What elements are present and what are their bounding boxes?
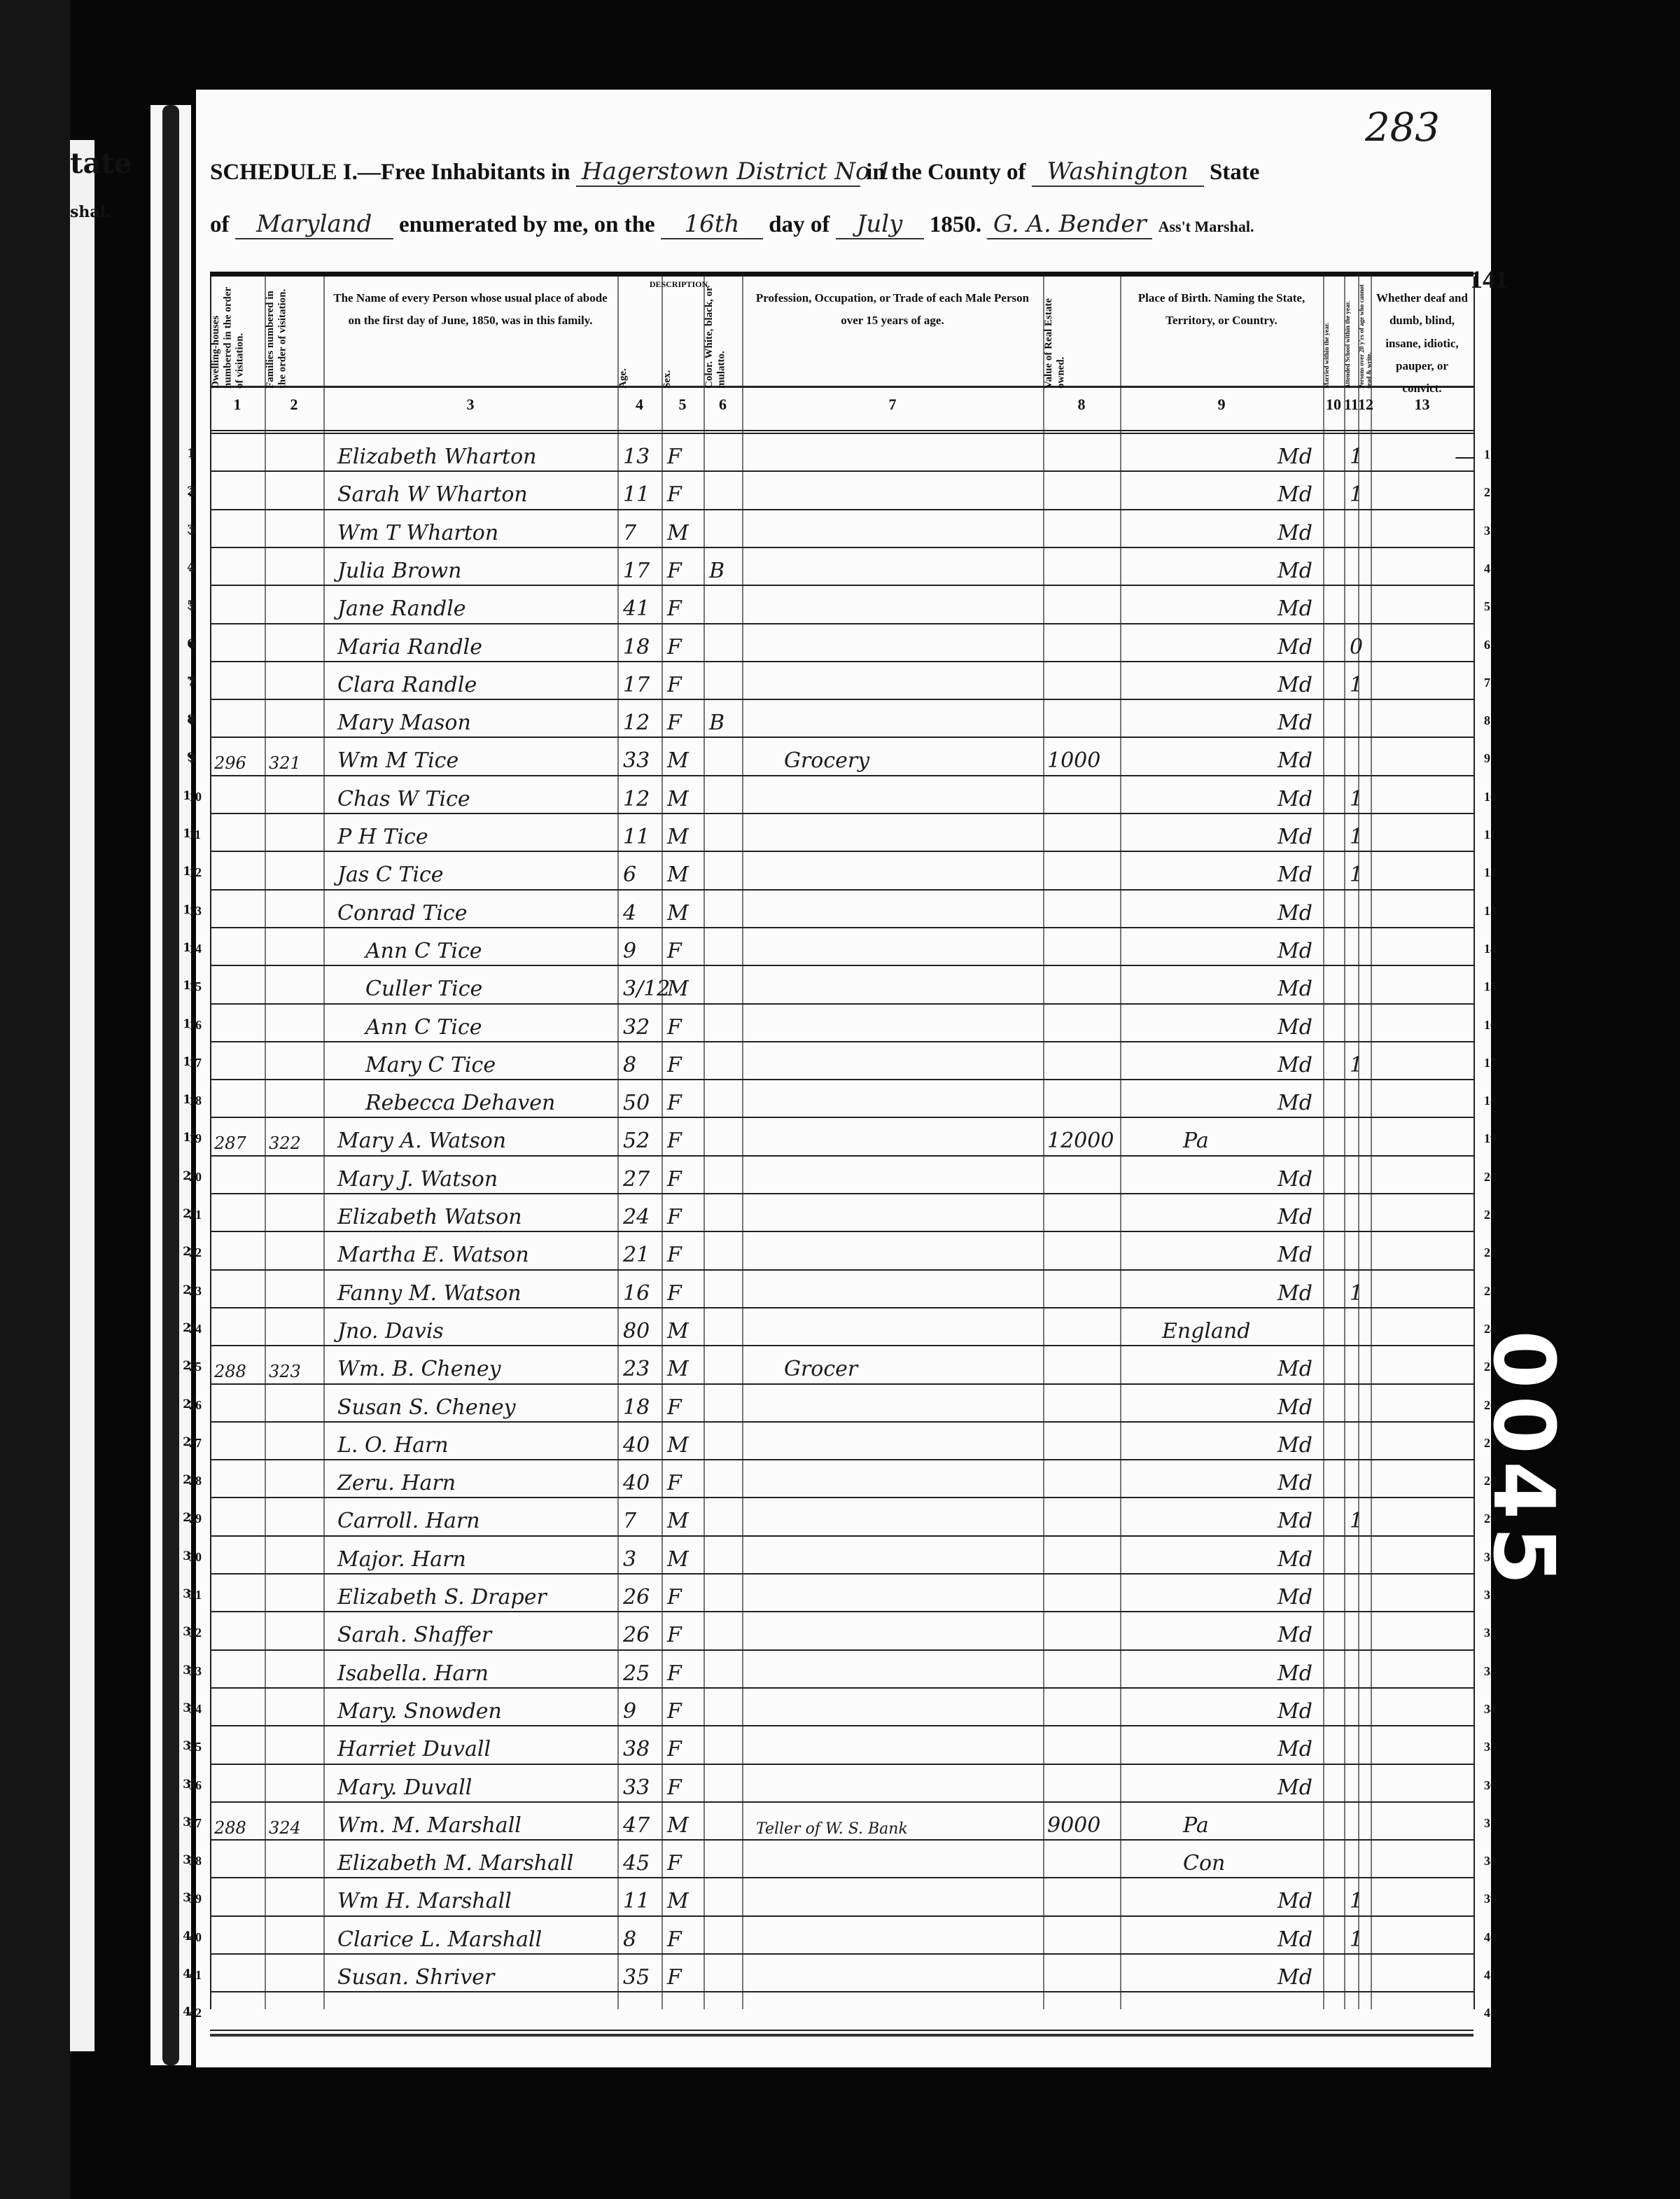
cell-birthplace: Md <box>1277 1205 1312 1229</box>
cell-age: 26 <box>623 1623 650 1647</box>
cell-name: Mary Mason <box>337 711 471 735</box>
cell-sex: M <box>667 521 689 545</box>
table-row: Clarice L. Marshall8FMd14040 <box>210 1917 1473 1955</box>
cell-age: 11 <box>623 482 650 507</box>
line-number-right: 35 <box>1484 1740 1497 1754</box>
table-row: Jane Randle41FMd55 <box>210 586 1473 624</box>
line-number-right: 33 <box>1484 1664 1497 1679</box>
cell-name: Mary A. Watson <box>337 1129 506 1153</box>
cell-birthplace: Md <box>1277 1927 1312 1952</box>
line-number-right: 41 <box>1484 1968 1497 1983</box>
cell-name: Major. Harn <box>337 1547 466 1572</box>
line-number-left: 28 <box>189 1474 202 1488</box>
cell-school: 1 <box>1350 445 1363 469</box>
line-number-left: 21 <box>189 1208 202 1222</box>
page-fold <box>162 105 179 2065</box>
cell-occupation: Grocer <box>784 1357 857 1381</box>
cell-school: 1 <box>1350 863 1363 887</box>
cell-sex: F <box>667 1585 682 1610</box>
line-number-left: 35 <box>189 1740 202 1754</box>
cell-name: Isabella. Harn <box>337 1661 489 1686</box>
cell-birthplace: Md <box>1277 521 1312 545</box>
cell-age: 7 <box>623 521 636 545</box>
cell-birthplace: Md <box>1277 1357 1312 1381</box>
line-number-right: 7 <box>1484 676 1490 690</box>
cell-birthplace: Md <box>1277 825 1312 849</box>
table-row: P H Tice11MMd11111 <box>210 814 1473 852</box>
cell-age: 21 <box>623 1243 650 1267</box>
column-number-2: 2 <box>265 396 323 414</box>
line-number-right: 1 <box>1484 447 1490 462</box>
cell-age: 45 <box>623 1851 650 1876</box>
cell-sex: F <box>667 1699 682 1724</box>
cell-family: 321 <box>269 753 301 773</box>
line-number-right: 2 <box>1484 485 1490 500</box>
cell-dwelling: 288 <box>214 1362 246 1381</box>
cell-name: P H Tice <box>337 825 428 849</box>
column-header-7: Profession, Occupation, or Trade of each… <box>742 287 1037 333</box>
cell-sex: M <box>667 787 689 811</box>
line-number-right: 21 <box>1484 1208 1497 1222</box>
line-number-right: 12 <box>1484 865 1497 880</box>
table-row: 296321Wm M Tice33MGrocery1000Md99 <box>210 738 1473 776</box>
column-header-8: Value of Real Estate owned. <box>1043 284 1067 389</box>
cell-sex: F <box>667 711 682 735</box>
cell-sex: F <box>667 1623 682 1647</box>
table-row: 287322Mary A. Watson52F12000Pa1919 <box>210 1118 1473 1156</box>
cell-school: 1 <box>1350 1509 1363 1533</box>
cell-name: Wm H. Marshall <box>337 1889 512 1913</box>
cell-birthplace: Md <box>1277 673 1312 697</box>
table-row: Conrad Tice4MMd1313 <box>210 891 1473 928</box>
cell-birthplace: Md <box>1277 635 1312 659</box>
line-number-left: 19 <box>189 1131 202 1146</box>
marshal-label: Ass't Marshal. <box>1158 218 1254 235</box>
cell-name: Zeru. Harn <box>337 1471 456 1495</box>
line-number-left: 12 <box>189 865 202 880</box>
cell-age: 17 <box>623 673 650 697</box>
cell-sex: F <box>667 635 682 659</box>
cell-birthplace: Md <box>1277 977 1312 1001</box>
line-number-left: 2 <box>189 485 195 500</box>
column-number-4: 4 <box>617 396 661 414</box>
cell-birthplace: Md <box>1277 1395 1312 1420</box>
table-row: 4242 <box>210 1992 1473 2030</box>
cell-school: 0 <box>1350 635 1363 659</box>
cell-family: 324 <box>269 1818 301 1838</box>
schedule-title: SCHEDULE I.—Free Inhabitants in <box>210 160 570 185</box>
scan-background-left <box>0 0 70 2199</box>
cell-family: 323 <box>269 1362 301 1381</box>
cell-name: Mary. Snowden <box>337 1699 502 1724</box>
cell-name: Elizabeth Watson <box>337 1205 522 1229</box>
line-number-right: 38 <box>1484 1854 1497 1869</box>
cell-birthplace: Md <box>1277 1775 1312 1800</box>
cell-name: Elizabeth S. Draper <box>337 1585 547 1610</box>
line-number-right: 23 <box>1484 1284 1497 1299</box>
table-row: Julia Brown17FBMd44 <box>210 548 1473 586</box>
column-header-13: Whether deaf and dumb, blind, insane, id… <box>1371 287 1468 400</box>
line-number-right: 6 <box>1484 638 1490 652</box>
column-number-7: 7 <box>742 396 1043 414</box>
line-number-left: 37 <box>189 1816 202 1831</box>
table-row: Culler Tice3/12MMd1515 <box>210 966 1473 1004</box>
cell-age: 35 <box>623 1965 650 1990</box>
header-rule <box>210 430 1473 431</box>
cell-name: Wm M Tice <box>337 748 458 773</box>
day-field: 16th <box>661 210 763 239</box>
line-number-right: 40 <box>1484 1930 1497 1945</box>
cell-sex: M <box>667 863 689 887</box>
cell-real-estate: 9000 <box>1047 1813 1100 1838</box>
month-field: July <box>836 210 924 239</box>
line-number-right: 42 <box>1484 2006 1497 2020</box>
cell-dwelling: 296 <box>214 753 246 773</box>
table-row: Susan. Shriver35FMd4141 <box>210 1955 1473 1992</box>
cell-name: Susan. Shriver <box>337 1965 494 1990</box>
column-header-3: The Name of every Person whose usual pla… <box>323 287 612 333</box>
cell-name: Jno. Davis <box>337 1319 444 1343</box>
cell-birthplace: Md <box>1277 1015 1312 1040</box>
table-row: Mary J. Watson27FMd2020 <box>210 1157 1473 1194</box>
cell-birthplace: Md <box>1277 1965 1312 1990</box>
cell-sex: F <box>667 1281 682 1306</box>
left-page-title-fragment: tate <box>70 147 132 180</box>
line-number-left: 1 <box>189 447 195 462</box>
table-row: Mary Mason12FBMd88 <box>210 700 1473 738</box>
cell-age: 80 <box>623 1319 650 1343</box>
cell-name: Wm T Wharton <box>337 521 498 545</box>
line-number-left: 27 <box>189 1436 202 1451</box>
cell-age: 32 <box>623 1015 650 1040</box>
line-number-left: 6 <box>189 638 195 652</box>
column-number-6: 6 <box>703 396 742 414</box>
cell-birthplace: Pa <box>1183 1129 1209 1153</box>
line-number-right: 20 <box>1484 1170 1497 1185</box>
cell-age: 47 <box>623 1813 650 1838</box>
enumerated-label: enumerated by me, on the <box>399 212 655 237</box>
column-number-5: 5 <box>661 396 703 414</box>
cell-sex: M <box>667 1319 689 1343</box>
cell-sex: F <box>667 1243 682 1267</box>
table-row: Fanny M. Watson16FMd12323 <box>210 1271 1473 1308</box>
cell-name: Carroll. Harn <box>337 1509 480 1533</box>
cell-birthplace: Md <box>1277 1699 1312 1724</box>
table-row: Mary. Duvall33FMd3636 <box>210 1765 1473 1803</box>
table-row: Elizabeth M. Marshall45FCon3838 <box>210 1841 1473 1878</box>
cell-birthplace: Md <box>1277 1471 1312 1495</box>
schedule-header-line-2: of Maryland enumerated by me, on the 16t… <box>210 210 1254 239</box>
cell-age: 9 <box>623 1699 636 1724</box>
cell-sex: F <box>667 445 682 469</box>
line-number-left: 15 <box>189 979 202 994</box>
cell-age: 8 <box>623 1927 636 1952</box>
line-number-left: 7 <box>189 676 195 690</box>
cell-name: Conrad Tice <box>337 901 467 926</box>
cell-sex: F <box>667 1737 682 1761</box>
column-header-10: Married within the year. <box>1323 284 1330 389</box>
cell-sex: M <box>667 1813 689 1838</box>
table-row: Elizabeth S. Draper26FMd3131 <box>210 1575 1473 1612</box>
district-field: Hagerstown District No 1 <box>576 158 860 187</box>
line-number-left: 40 <box>189 1930 202 1945</box>
table-row: Maria Randle18FMd066 <box>210 624 1473 662</box>
cell-name: Sarah W Wharton <box>337 482 528 507</box>
cell-birthplace: Md <box>1277 1091 1312 1115</box>
line-number-right: 9 <box>1484 751 1490 766</box>
column-divider <box>1473 277 1475 2009</box>
line-number-right: 17 <box>1484 1056 1497 1070</box>
cell-sex: M <box>667 1889 689 1913</box>
cell-age: 12 <box>623 787 650 811</box>
table-row: Clara Randle17FMd177 <box>210 662 1473 700</box>
cell-name: Martha E. Watson <box>337 1243 529 1267</box>
cell-sex: F <box>667 1205 682 1229</box>
cell-birthplace: Md <box>1277 787 1312 811</box>
table-row: Chas W Tice12MMd11010 <box>210 776 1473 814</box>
cell-sex: M <box>667 1547 689 1572</box>
table-row: L. O. Harn40MMd2727 <box>210 1423 1473 1460</box>
cell-age: 8 <box>623 1053 636 1077</box>
cell-notes: — <box>1455 445 1476 469</box>
table-top-rule <box>210 272 1473 277</box>
cell-sex: F <box>667 596 682 621</box>
table-row: Martha E. Watson21FMd2222 <box>210 1232 1473 1270</box>
cell-age: 24 <box>623 1205 650 1229</box>
line-number-left: 38 <box>189 1854 202 1869</box>
cell-birthplace: Md <box>1277 1053 1312 1077</box>
line-number-right: 3 <box>1484 524 1490 538</box>
cell-age: 11 <box>623 825 650 849</box>
cell-name: Mary. Duvall <box>337 1775 472 1800</box>
line-number-left: 34 <box>189 1702 202 1717</box>
cell-age: 11 <box>623 1889 650 1913</box>
cell-sex: F <box>667 1015 682 1040</box>
line-number-right: 22 <box>1484 1245 1497 1260</box>
county-field: Washington <box>1032 158 1204 187</box>
cell-sex: F <box>667 1129 682 1153</box>
cell-name: Wm. B. Cheney <box>337 1357 501 1381</box>
cell-age: 18 <box>623 635 650 659</box>
line-number-left: 32 <box>189 1626 202 1640</box>
table-row: Sarah W Wharton11FMd122 <box>210 472 1473 510</box>
cell-birthplace: Md <box>1277 1547 1312 1572</box>
line-number-right: 8 <box>1484 713 1490 728</box>
line-number-left: 26 <box>189 1398 202 1413</box>
line-number-left: 9 <box>189 751 195 766</box>
cell-name: Sarah. Shaffer <box>337 1623 491 1647</box>
cell-name: Wm. M. Marshall <box>337 1813 521 1838</box>
cell-sex: M <box>667 1509 689 1533</box>
line-number-right: 4 <box>1484 561 1490 576</box>
line-number-left: 33 <box>189 1664 202 1679</box>
line-number-left: 24 <box>189 1322 202 1336</box>
cell-age: 33 <box>623 1775 650 1800</box>
table-row: Wm T Wharton7MMd33 <box>210 510 1473 548</box>
table-row: Sarah. Shaffer26FMd3232 <box>210 1612 1473 1650</box>
line-number-left: 5 <box>189 599 195 614</box>
schedule-header-line-1: SCHEDULE I.—Free Inhabitants in Hagersto… <box>210 158 1259 187</box>
column-header-9: Place of Birth. Naming the State, Territ… <box>1120 287 1317 333</box>
cell-sex: F <box>667 1167 682 1192</box>
cell-sex: M <box>667 748 689 773</box>
line-number-left: 18 <box>189 1094 202 1108</box>
cell-sex: F <box>667 673 682 697</box>
table-row: Ann C Tice32FMd1616 <box>210 1005 1473 1042</box>
cell-age: 40 <box>623 1433 650 1458</box>
cell-school: 1 <box>1350 1053 1363 1077</box>
line-number-left: 39 <box>189 1892 202 1906</box>
county-label: in the County of <box>866 160 1025 185</box>
cell-sex: M <box>667 1433 689 1458</box>
column-number-9: 9 <box>1120 396 1323 414</box>
column-header-12: Persons over 20 y'rs of age who cannot r… <box>1358 284 1371 389</box>
cell-school: 1 <box>1350 1889 1363 1913</box>
table-row: Elizabeth Wharton13FMd1—11 <box>210 434 1473 472</box>
cell-age: 13 <box>623 445 650 469</box>
cell-sex: F <box>667 1927 682 1952</box>
cell-name: Elizabeth M. Marshall <box>337 1851 573 1876</box>
line-number-left: 25 <box>189 1360 202 1374</box>
table-row: Elizabeth Watson24FMd2121 <box>210 1194 1473 1232</box>
line-number-left: 29 <box>189 1512 202 1526</box>
cell-color: B <box>709 711 724 735</box>
cell-sex: F <box>667 1091 682 1115</box>
line-number-right: 16 <box>1484 1018 1497 1033</box>
cell-name: Julia Brown <box>337 559 461 583</box>
cell-age: 6 <box>623 863 636 887</box>
column-header-4: Age. <box>617 284 629 389</box>
cell-birthplace: Md <box>1277 1661 1312 1686</box>
cell-sex: M <box>667 1357 689 1381</box>
column-number-10: 10 <box>1323 396 1344 414</box>
line-number-left: 10 <box>189 790 202 804</box>
cell-name: Harriet Duvall <box>337 1737 491 1761</box>
cell-school: 1 <box>1350 787 1363 811</box>
table-row: Harriet Duvall38FMd3535 <box>210 1726 1473 1764</box>
cell-color: B <box>709 559 724 583</box>
cell-sex: M <box>667 977 689 1001</box>
cell-age: 12 <box>623 711 650 735</box>
cell-birthplace: Md <box>1277 1433 1312 1458</box>
cell-name: Mary J. Watson <box>337 1167 498 1192</box>
line-number-right: 14 <box>1484 942 1497 956</box>
column-number-3: 3 <box>323 396 617 414</box>
column-header-11: Attended School within the year. <box>1344 284 1351 389</box>
table-row: 288324Wm. M. Marshall47MTeller of W. S. … <box>210 1803 1473 1841</box>
column-number-13: 13 <box>1371 396 1473 414</box>
cell-age: 38 <box>623 1737 650 1761</box>
cell-birthplace: Md <box>1277 711 1312 735</box>
cell-sex: F <box>667 482 682 507</box>
cell-name: Elizabeth Wharton <box>337 445 536 469</box>
cell-birthplace: Md <box>1277 1889 1312 1913</box>
table-row: Carroll. Harn7MMd12929 <box>210 1498 1473 1536</box>
header-rule <box>210 386 1473 388</box>
table-bottom-rule <box>210 2034 1473 2037</box>
table-row: Zeru. Harn40FMd2828 <box>210 1460 1473 1498</box>
table-row: Jas C Tice6MMd11212 <box>210 852 1473 890</box>
cell-school: 1 <box>1350 673 1363 697</box>
table-row: Major. Harn3MMd3030 <box>210 1537 1473 1575</box>
column-header-2: Families numbered in the order of visita… <box>265 284 289 389</box>
cell-birthplace: Md <box>1277 482 1312 507</box>
cell-name: Chas W Tice <box>337 787 470 811</box>
line-number-right: 19 <box>1484 1131 1497 1146</box>
cell-birthplace: Md <box>1277 1243 1312 1267</box>
cell-occupation: Teller of W. S. Bank <box>756 1820 908 1838</box>
cell-real-estate: 1000 <box>1047 748 1100 773</box>
cell-age: 26 <box>623 1585 650 1610</box>
line-number-right: 39 <box>1484 1892 1497 1906</box>
column-header-6: Color. White, black, or mulatto. <box>703 284 728 389</box>
cell-sex: F <box>667 1851 682 1876</box>
cell-age: 52 <box>623 1129 650 1153</box>
line-number-right: 36 <box>1484 1778 1497 1793</box>
cell-sex: F <box>667 1775 682 1800</box>
cell-name: Jas C Tice <box>337 863 444 887</box>
cell-birthplace: Md <box>1277 1509 1312 1533</box>
table-row: Mary. Snowden9FMd3434 <box>210 1689 1473 1726</box>
cell-age: 3/12 <box>623 977 670 1001</box>
table-row: Isabella. Harn25FMd3333 <box>210 1651 1473 1689</box>
cell-age: 4 <box>623 901 636 926</box>
cell-age: 17 <box>623 559 650 583</box>
line-number-left: 13 <box>189 904 202 919</box>
column-number-11: 11 <box>1344 396 1358 414</box>
cell-dwelling: 287 <box>214 1133 246 1153</box>
line-number-left: 36 <box>189 1778 202 1793</box>
cell-birthplace: England <box>1162 1319 1250 1343</box>
cell-school: 1 <box>1350 825 1363 849</box>
cell-birthplace: Md <box>1277 1585 1312 1610</box>
cell-sex: F <box>667 559 682 583</box>
cell-real-estate: 12000 <box>1047 1129 1114 1153</box>
line-number-left: 42 <box>189 2006 202 2020</box>
line-number-left: 17 <box>189 1056 202 1070</box>
cell-name: Susan S. Cheney <box>337 1395 516 1420</box>
cell-age: 50 <box>623 1091 650 1115</box>
line-number-left: 14 <box>189 942 202 956</box>
column-number-12: 12 <box>1358 396 1371 414</box>
cell-sex: F <box>667 1965 682 1990</box>
state-field: Maryland <box>235 210 393 239</box>
cell-sex: M <box>667 825 689 849</box>
of-label: of <box>210 212 230 237</box>
cell-birthplace: Md <box>1277 1167 1312 1192</box>
cell-sex: F <box>667 939 682 963</box>
cell-birthplace: Con <box>1183 1851 1225 1876</box>
table-row: Ann C Tice9FMd1414 <box>210 928 1473 966</box>
cell-birthplace: Md <box>1277 559 1312 583</box>
cell-birthplace: Md <box>1277 748 1312 773</box>
day-of-label: day of <box>769 212 829 237</box>
cell-birthplace: Pa <box>1183 1813 1209 1838</box>
cell-birthplace: Md <box>1277 596 1312 621</box>
cell-birthplace: Md <box>1277 901 1312 926</box>
line-number-left: 11 <box>189 828 201 842</box>
line-number-left: 41 <box>189 1968 202 1983</box>
cell-name: Culler Tice <box>365 977 482 1001</box>
cell-sex: M <box>667 901 689 926</box>
cell-age: 18 <box>623 1395 650 1420</box>
cell-school: 1 <box>1350 1281 1363 1306</box>
cell-sex: F <box>667 1395 682 1420</box>
line-number-right: 32 <box>1484 1626 1497 1640</box>
cell-age: 3 <box>623 1547 636 1572</box>
table-row: Jno. Davis80MEngland2424 <box>210 1308 1473 1346</box>
line-number-left: 22 <box>189 1245 202 1260</box>
